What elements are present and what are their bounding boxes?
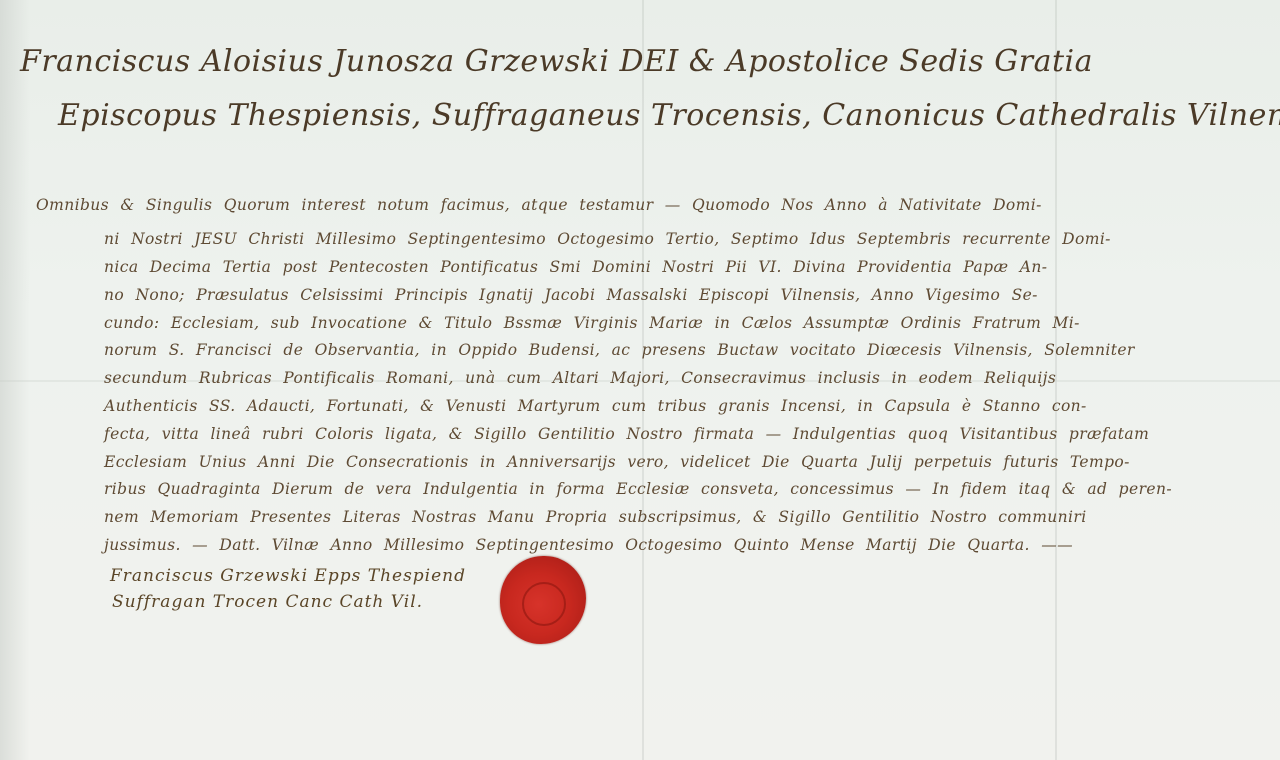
body-line-5: cundo: Ecclesiam, sub Invocatione & Titu… bbox=[104, 314, 1080, 332]
body-line-7: secundum Rubricas Pontificalis Romani, u… bbox=[104, 369, 1056, 387]
body-line-4: no Nono; Præsulatus Celsissimi Principis… bbox=[104, 286, 1038, 304]
signature-line-2: Suffragan Trocen Canc Cath Vil. bbox=[112, 592, 423, 612]
heading-line-2: Episcopus Thespiensis, Suffraganeus Troc… bbox=[58, 98, 1280, 133]
body-line-11: ribus Quadraginta Dierum de vera Indulge… bbox=[104, 480, 1172, 498]
body-line-8: Authenticis SS. Adaucti, Fortunati, & Ve… bbox=[104, 397, 1087, 415]
body-line-13: jussimus. — Datt. Vilnæ Anno Millesimo S… bbox=[104, 536, 1073, 554]
body-line-2: ni Nostri JESU Christi Millesimo Septing… bbox=[104, 230, 1111, 248]
seal-impression bbox=[522, 582, 566, 626]
heading-line-1: Franciscus Aloisius Junosza Grzewski DEI… bbox=[20, 44, 1093, 79]
wax-seal bbox=[500, 556, 586, 644]
manuscript-page: Franciscus Aloisius Junosza Grzewski DEI… bbox=[0, 0, 1280, 760]
body-line-9: fecta, vitta lineâ rubri Coloris ligata,… bbox=[104, 425, 1149, 443]
body-line-10: Ecclesiam Unius Anni Die Consecrationis … bbox=[104, 453, 1130, 471]
body-line-3: nica Decima Tertia post Pentecosten Pont… bbox=[104, 258, 1047, 276]
body-line-1: Omnibus & Singulis Quorum interest notum… bbox=[36, 196, 1042, 214]
body-line-12: nem Memoriam Presentes Literas Nostras M… bbox=[104, 508, 1087, 526]
signature-line-1: Franciscus Grzewski Epps Thespiend bbox=[110, 566, 466, 586]
body-line-6: norum S. Francisci de Observantia, in Op… bbox=[104, 341, 1135, 359]
